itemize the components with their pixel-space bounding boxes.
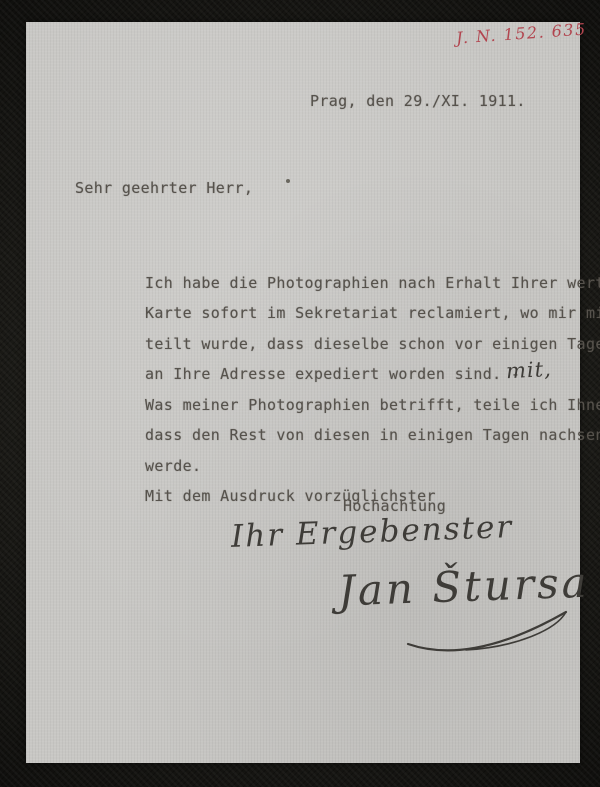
handwritten-insertion: mit, [505, 354, 552, 387]
letter-body: Ich habe die Photographien nach Erhalt I… [70, 237, 570, 481]
dateline: Prag, den 29./XI. 1911. [310, 92, 526, 110]
salutation: Sehr geehrter Herr, [75, 179, 253, 197]
letter-paper: J. N. 152. 635 Prag, den 29./XI. 1911. S… [26, 22, 580, 763]
body-line: an Ihre Adresse expediert worden sind. - [70, 329, 570, 360]
body-line: Mit dem Ausdruck vorzüglichster [70, 451, 570, 482]
archive-number-annotation: J. N. 152. 635 [455, 19, 587, 47]
body-line: Was meiner Photographien betrifft, teile… [70, 359, 570, 390]
ink-dot [286, 179, 290, 183]
signature-flourish [406, 602, 586, 657]
body-line: Ich habe die Photographien nach Erhalt I… [70, 237, 570, 268]
body-line: werde. [70, 420, 570, 451]
scanned-letter: J. N. 152. 635 Prag, den 29./XI. 1911. S… [0, 0, 600, 787]
signature-phrase: Ihr Ergebenster [230, 509, 513, 555]
body-line: dass den Rest von diesen in einigen Tage… [70, 390, 570, 421]
body-line: teilt wurde, dass dieselbe schon vor ein… [70, 298, 570, 329]
body-line: Karte sofort im Sekretariat reclamiert, … [70, 268, 570, 299]
